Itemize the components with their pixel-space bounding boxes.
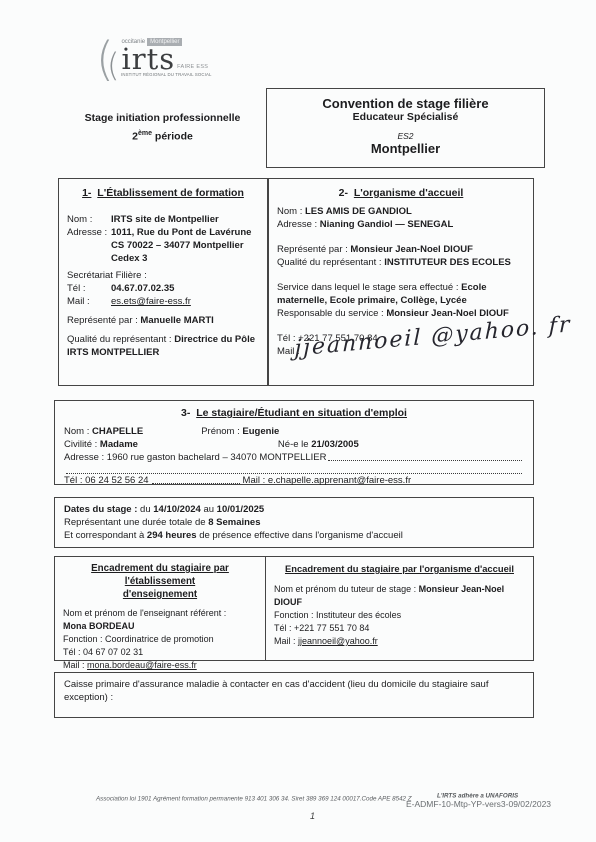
tuteur-label: Nom et prénom du tuteur de stage : — [274, 584, 416, 594]
referent-label-row: Nom et prénom de l'enseignant référent : — [63, 607, 257, 620]
tuteur-fonction-row: Fonction : Instituteur des écoles — [274, 609, 525, 622]
referent-tel-label: Tél : — [63, 647, 81, 657]
program-period-sup: ème — [138, 130, 152, 137]
etab-qualite-label: Qualité du représentant : — [67, 334, 172, 345]
dotted-filler — [328, 451, 522, 461]
encadrement-etab-title-line2: d'enseignement — [123, 589, 197, 600]
etab-nom-label: Nom : — [67, 213, 111, 226]
section3-number: 3- — [181, 407, 190, 419]
stagiaire-tel-label: Tél : — [64, 474, 82, 487]
tuteur-mail-label: Mail : — [274, 636, 296, 646]
etab-adresse-line2: CS 70022 – 34077 Montpellier Cedex 3 — [111, 239, 259, 265]
section3-title: 3- Le stagiaire/Étudiant en situation d'… — [64, 407, 524, 419]
encadrement-organisme: Encadrement du stagiaire par l'organisme… — [266, 557, 533, 660]
accueil-service-row: Service dans lequel le stage sera effect… — [277, 281, 525, 307]
section2-title: 2- L'organisme d'accueil — [277, 187, 525, 199]
accueil-represente-row: Représenté par : Monsieur Jean-Noel DIOU… — [277, 243, 525, 256]
footer-document-reference: E-ADMF-10-Mtp-YP-vers3-09/02/2023 — [406, 799, 551, 809]
accueil-represente-label: Représenté par : — [277, 244, 348, 255]
stagiaire-adresse-row: Adresse : 1960 rue gaston bachelard – 34… — [64, 451, 524, 464]
date-debut-value: 14/10/2024 — [153, 504, 201, 515]
program-line2: 2ème période — [55, 126, 270, 145]
section2-title-text: L'organisme d'accueil — [354, 187, 463, 199]
section3-title-text: Le stagiaire/Étudiant en situation d'emp… — [196, 407, 407, 419]
etab-represente-row: Représenté par : Manuelle MARTI — [67, 314, 259, 327]
referent-name-row: Mona BORDEAU — [63, 620, 257, 633]
accueil-represente-value: Monsieur Jean-Noel DIOUF — [350, 244, 472, 255]
accueil-adresse-row: Adresse : Nianing Gandiol — SENEGAL — [277, 218, 525, 231]
program-period-rest: période — [152, 131, 193, 143]
filiere-code: ES2 — [267, 131, 544, 141]
section-caisse-assurance: Caisse primaire d'assurance maladie à co… — [54, 672, 534, 718]
referent-fonction-row: Fonction : Coordinatrice de promotion — [63, 633, 257, 646]
stagiaire-nom-value: CHAPELLE — [92, 425, 143, 438]
referent-fonction-label: Fonction : — [63, 634, 103, 644]
heures-row: Et correspondant à 294 heures de présenc… — [64, 529, 524, 542]
accueil-nom-label: Nom : — [277, 206, 302, 217]
stagiaire-prenom-label: Prénom : — [201, 425, 240, 438]
etab-mail-label: Mail : — [67, 295, 111, 308]
section1-title-text: L'Établissement de formation — [97, 187, 244, 199]
footer-legal-text: Association loi 1901 Agrément formation … — [96, 795, 412, 802]
stagiaire-mail-label: Mail : — [243, 474, 266, 487]
logo-arc-inner-icon: ( — [107, 42, 119, 88]
etab-qualite-row: Qualité du représentant : Directrice du … — [67, 333, 259, 359]
stagiaire-naissance-value: 21/03/2005 — [311, 438, 359, 451]
section2-number: 2- — [339, 187, 348, 199]
accueil-qualite-label: Qualité du représentant : — [277, 257, 382, 268]
dates-du: du — [140, 504, 151, 515]
accueil-qualite-row: Qualité du représentant : INSTITUTEUR DE… — [277, 256, 525, 269]
section1-title: 1- L'Établissement de formation — [67, 187, 259, 199]
stagiaire-civilite-value: Madame — [100, 438, 138, 451]
etab-mail-value: es.ets@faire-ess.fr — [111, 295, 191, 308]
etab-tel-row: Tél : 04.67.07.02.35 — [67, 282, 259, 295]
duree-prefix: Représentant une durée totale de — [64, 517, 206, 528]
etab-secretariat-label: Secrétariat Filière : — [67, 269, 147, 282]
dates-row: Dates du stage : du 14/10/2024 au 10/01/… — [64, 503, 524, 516]
tuteur-mail-row: Mail : jjeannoeil@yahoo.fr — [274, 635, 525, 648]
tuteur-row: Nom et prénom du tuteur de stage : Monsi… — [274, 583, 525, 609]
accueil-nom-row: Nom : LES AMIS DE GANDIOL — [277, 205, 525, 218]
etab-adresse-row: Adresse : 1011, Rue du Pont de Lavérune … — [67, 226, 259, 265]
stagiaire-civilite-label: Civilité : — [64, 438, 97, 451]
program-title: Stage initiation professionnelle 2ème pé… — [55, 110, 270, 145]
referent-mail-label: Mail : — [63, 660, 85, 670]
stagiaire-nom-row: Nom : CHAPELLE Prénom : Eugenie — [64, 425, 524, 438]
heures-value: 294 heures — [147, 530, 197, 541]
irts-logo: ( ( occitanie Montpellier irts FAIRE ESS… — [96, 34, 246, 94]
dates-au: au — [203, 504, 214, 515]
tuteur-tel-value: +221 77 551 70 84 — [294, 623, 369, 633]
stagiaire-adresse-label: Adresse : — [64, 451, 104, 464]
stagiaire-nom-label: Nom : — [64, 425, 89, 438]
section-dates-stage: Dates du stage : du 14/10/2024 au 10/01/… — [54, 497, 534, 548]
tuteur-fonction-label: Fonction : — [274, 610, 314, 620]
logo-text-block: occitanie Montpellier irts FAIRE ESS INS… — [121, 34, 247, 79]
section-etablissement-formation: 1- L'Établissement de formation Nom : IR… — [58, 178, 268, 386]
heures-prefix: Et correspondant à — [64, 530, 144, 541]
stagiaire-naissance-label: Né-e le — [278, 438, 309, 451]
etab-represente-value: Manuelle MARTI — [140, 315, 213, 326]
stagiaire-tel-value: 06 24 52 56 24 — [85, 474, 148, 487]
stagiaire-mail-value: e.chapelle.apprenant@faire-ess.fr — [268, 474, 411, 487]
etab-represente-label: Représenté par : — [67, 315, 138, 326]
page-number: 1 — [310, 811, 315, 821]
etab-secretariat-row: Secrétariat Filière : — [67, 269, 259, 282]
accueil-qualite-value: INSTITUTEUR DES ECOLES — [384, 257, 511, 268]
duree-row: Représentant une durée totale de 8 Semai… — [64, 516, 524, 529]
accueil-service-label: Service dans lequel le stage sera effect… — [277, 282, 459, 293]
referent-label: Nom et prénom de l'enseignant référent : — [63, 608, 226, 618]
etab-nom-row: Nom : IRTS site de Montpellier — [67, 213, 259, 226]
referent-fonction-value: Coordinatrice de promotion — [105, 634, 214, 644]
referent-tel-value: 04 67 07 02 31 — [83, 647, 143, 657]
etab-adresse-line1: 1011, Rue du Pont de Lavérune — [111, 226, 259, 239]
stagiaire-tel-mail-row: Tél : 06 24 52 56 24 Mail : e.chapelle.a… — [64, 474, 524, 487]
tuteur-fonction-value: Instituteur des écoles — [316, 610, 401, 620]
document-page: ( ( occitanie Montpellier irts FAIRE ESS… — [0, 0, 596, 842]
encadrement-etab-title-line1: Encadrement du stagiaire par l'établisse… — [91, 563, 229, 587]
accueil-responsable-row: Responsable du service : Monsieur Jean-N… — [277, 307, 525, 320]
etab-nom-value: IRTS site de Montpellier — [111, 213, 219, 226]
heures-suffix: de présence effective dans l'organisme d… — [199, 530, 403, 541]
accueil-responsable-label: Responsable du service : — [277, 308, 384, 319]
section-stagiaire: 3- Le stagiaire/Étudiant en situation d'… — [54, 400, 534, 485]
logo-acronym: irts — [121, 46, 175, 72]
convention-title: Convention de stage filière — [267, 96, 544, 111]
tuteur-tel-row: Tél : +221 77 551 70 84 — [274, 622, 525, 635]
convention-subtitle: Educateur Spécialisé — [267, 111, 544, 124]
logo-org-text: FAIRE ESS — [177, 64, 208, 70]
convention-title-box: Convention de stage filière Educateur Sp… — [266, 88, 545, 168]
stagiaire-prenom-value: Eugenie — [242, 425, 279, 438]
footer-affiliation-text: L'IRTS adhère a UNAFORIS — [437, 792, 518, 799]
referent-mail-row: Mail : mona.bordeau@faire-ess.fr — [63, 659, 257, 672]
encadrement-etab-title: Encadrement du stagiaire par l'établisse… — [63, 562, 257, 601]
site-city: Montpellier — [267, 141, 544, 156]
tuteur-mail-value: jjeannoeil@yahoo.fr — [298, 636, 378, 646]
dotted-filler — [152, 474, 240, 484]
duree-value: 8 Semaines — [208, 517, 260, 528]
accueil-nom-value: LES AMIS DE GANDIOL — [305, 206, 412, 217]
encadrement-etablissement: Encadrement du stagiaire par l'établisse… — [55, 557, 266, 660]
etab-mail-row: Mail : es.ets@faire-ess.fr — [67, 295, 259, 308]
accueil-responsable-value: Monsieur Jean-Noel DIOUF — [386, 308, 508, 319]
accueil-tel-label: Tél : — [277, 333, 295, 344]
accueil-adresse-label: Adresse : — [277, 219, 317, 230]
date-fin-value: 10/01/2025 — [217, 504, 265, 515]
accueil-adresse-value: Nianing Gandiol — SENEGAL — [320, 219, 454, 230]
referent-name: Mona BORDEAU — [63, 621, 135, 631]
stagiaire-civilite-row: Civilité : Madame Né-e le 21/03/2005 — [64, 438, 524, 451]
referent-mail-value: mona.bordeau@faire-ess.fr — [87, 660, 197, 670]
dates-label: Dates du stage : — [64, 504, 137, 515]
dotted-filler — [66, 464, 522, 474]
section1-number: 1- — [82, 187, 91, 199]
etab-adresse-label: Adresse : — [67, 226, 111, 239]
section-encadrement: Encadrement du stagiaire par l'établisse… — [54, 556, 534, 661]
referent-tel-row: Tél : 04 67 07 02 31 — [63, 646, 257, 659]
etab-tel-label: Tél : — [67, 282, 111, 295]
encadrement-accueil-title: Encadrement du stagiaire par l'organisme… — [274, 562, 525, 575]
stagiaire-adresse-row2 — [64, 464, 524, 474]
logo-caption: INSTITUT RÉGIONAL DU TRAVAIL SOCIAL — [121, 73, 212, 77]
tuteur-tel-label: Tél : — [274, 623, 292, 633]
etab-tel-value: 04.67.07.02.35 — [111, 282, 174, 295]
program-line1: Stage initiation professionnelle — [55, 110, 270, 126]
caisse-text: Caisse primaire d'assurance maladie à co… — [64, 679, 489, 703]
stagiaire-adresse-value: 1960 rue gaston bachelard – 34070 MONTPE… — [107, 451, 327, 464]
